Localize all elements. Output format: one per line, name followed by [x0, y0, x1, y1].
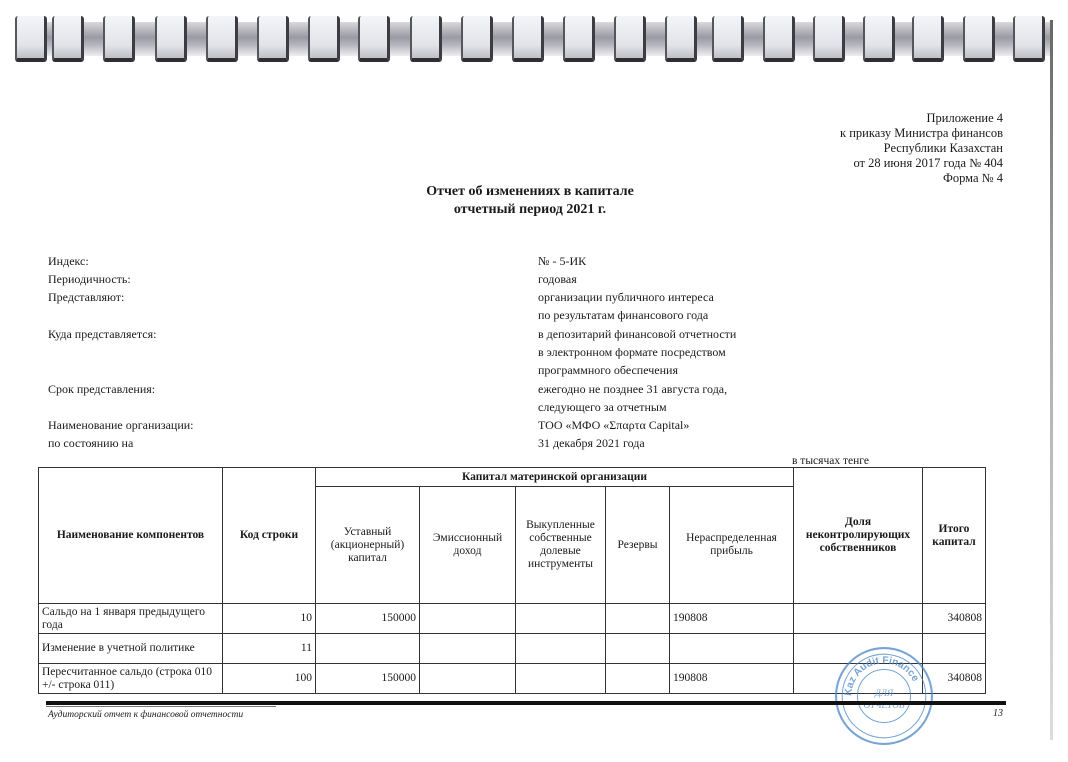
deadline-value: следующего за отчетным	[538, 400, 667, 414]
row-retained: 190808	[670, 664, 794, 694]
header-name: Наименование компонентов	[39, 468, 223, 604]
row-nci	[794, 604, 923, 634]
binding-ring	[963, 16, 995, 62]
header-parent-group: Капитал материнской организации	[316, 468, 794, 487]
deadline-label: Срок представления:	[48, 382, 155, 396]
binding-ring	[52, 16, 84, 62]
org-name-label: Наименование организации:	[48, 418, 194, 432]
approval-line: Приложение 4	[840, 111, 1003, 126]
binding-ring	[813, 16, 845, 62]
binding-ring	[614, 16, 646, 62]
binding-ring	[257, 16, 289, 62]
row-charter: 150000	[316, 604, 420, 634]
binding-ring	[763, 16, 795, 62]
header-share-premium: Эмиссионный доход	[420, 487, 516, 604]
svg-text:ДЛЯ: ДЛЯ	[874, 688, 894, 698]
binding-ring	[712, 16, 744, 62]
binding-ring	[912, 16, 944, 62]
row-reserves	[606, 604, 670, 634]
report-title: Отчет об изменениях в капитале отчетный …	[380, 183, 680, 219]
row-share-premium	[420, 634, 516, 664]
row-retained: 190808	[670, 604, 794, 634]
row-treasury	[516, 634, 606, 664]
header-nci: Доля неконтролирующих собственников	[794, 468, 923, 604]
approval-line: от 28 июня 2017 года № 404	[840, 156, 1003, 171]
destination-value: программного обеспечения	[538, 363, 678, 377]
approval-line: Форма № 4	[840, 171, 1003, 186]
binding-ring	[358, 16, 390, 62]
header-charter: Уставный (акционерный) капитал	[316, 487, 420, 604]
binding-ring	[155, 16, 187, 62]
org-name-value: ТОО «МФО «Σπαρτα Capital»	[538, 418, 689, 432]
page-number: 13	[993, 708, 1003, 719]
header-retained: Нераспределенная прибыль	[670, 487, 794, 604]
row-reserves	[606, 634, 670, 664]
page-edge	[1050, 20, 1053, 740]
deadline-value: ежегодно не позднее 31 августа года,	[538, 382, 727, 396]
row-share-premium	[420, 604, 516, 634]
approval-block: Приложение 4 к приказу Министра финансов…	[840, 111, 1003, 186]
row-code: 100	[223, 664, 316, 694]
binding-ring	[1013, 16, 1045, 62]
destination-value: в электронном формате посредством	[538, 345, 726, 359]
as-of-label: по состоянию на	[48, 436, 133, 450]
header-total: Итого капитал	[923, 468, 986, 604]
row-share-premium	[420, 664, 516, 694]
row-code: 10	[223, 604, 316, 634]
binding-ring	[103, 16, 135, 62]
title-line-1: Отчет об изменениях в капитале	[380, 183, 680, 201]
destination-value: в депозитарий финансовой отчетности	[538, 327, 736, 341]
row-reserves	[606, 664, 670, 694]
index-value: № - 5-ИК	[538, 254, 586, 268]
submitters-value: по результатам финансового года	[538, 308, 708, 322]
row-treasury	[516, 664, 606, 694]
row-retained	[670, 634, 794, 664]
company-stamp-icon: Kaz Audit Finance ДЛЯ ОТЧЕТОВ	[833, 645, 935, 747]
row-treasury	[516, 604, 606, 634]
approval-line: Республики Казахстан	[840, 141, 1003, 156]
binding-ring	[563, 16, 595, 62]
table-row: Сальдо на 1 января предыдущего года 10 1…	[39, 604, 986, 634]
submitters-value: организации публичного интереса	[538, 290, 714, 304]
row-total: 340808	[923, 604, 986, 634]
approval-line: к приказу Министра финансов	[840, 126, 1003, 141]
binding-ring	[308, 16, 340, 62]
binding-ring	[410, 16, 442, 62]
row-name: Сальдо на 1 января предыдущего года	[39, 604, 223, 634]
row-name: Пересчитанное сальдо (строка 010 +/- стр…	[39, 664, 223, 694]
binding-ring	[461, 16, 493, 62]
index-label: Индекс:	[48, 254, 89, 268]
binding-ring	[512, 16, 544, 62]
submitters-label: Представляют:	[48, 290, 124, 304]
binding-ring	[863, 16, 895, 62]
header-reserves: Резервы	[606, 487, 670, 604]
row-charter	[316, 634, 420, 664]
periodicity-value: годовая	[538, 272, 577, 286]
binding-ring	[15, 16, 47, 62]
footer-text: Аудиторский отчет к финансовой отчетност…	[48, 710, 243, 720]
as-of-value: 31 декабря 2021 года	[538, 436, 645, 450]
row-code: 11	[223, 634, 316, 664]
header-code: Код строки	[223, 468, 316, 604]
binding-ring	[665, 16, 697, 62]
title-line-2: отчетный период 2021 г.	[380, 201, 680, 219]
header-treasury: Выкупленные собственные долевые инструме…	[516, 487, 606, 604]
footer-rule-thin	[46, 706, 276, 707]
periodicity-label: Периодичность:	[48, 272, 131, 286]
row-name: Изменение в учетной политике	[39, 634, 223, 664]
footer-rule	[46, 701, 1006, 705]
destination-label: Куда представляется:	[48, 327, 156, 341]
row-charter: 150000	[316, 664, 420, 694]
binding-ring	[206, 16, 238, 62]
units-label: в тысячах тенге	[792, 455, 869, 467]
